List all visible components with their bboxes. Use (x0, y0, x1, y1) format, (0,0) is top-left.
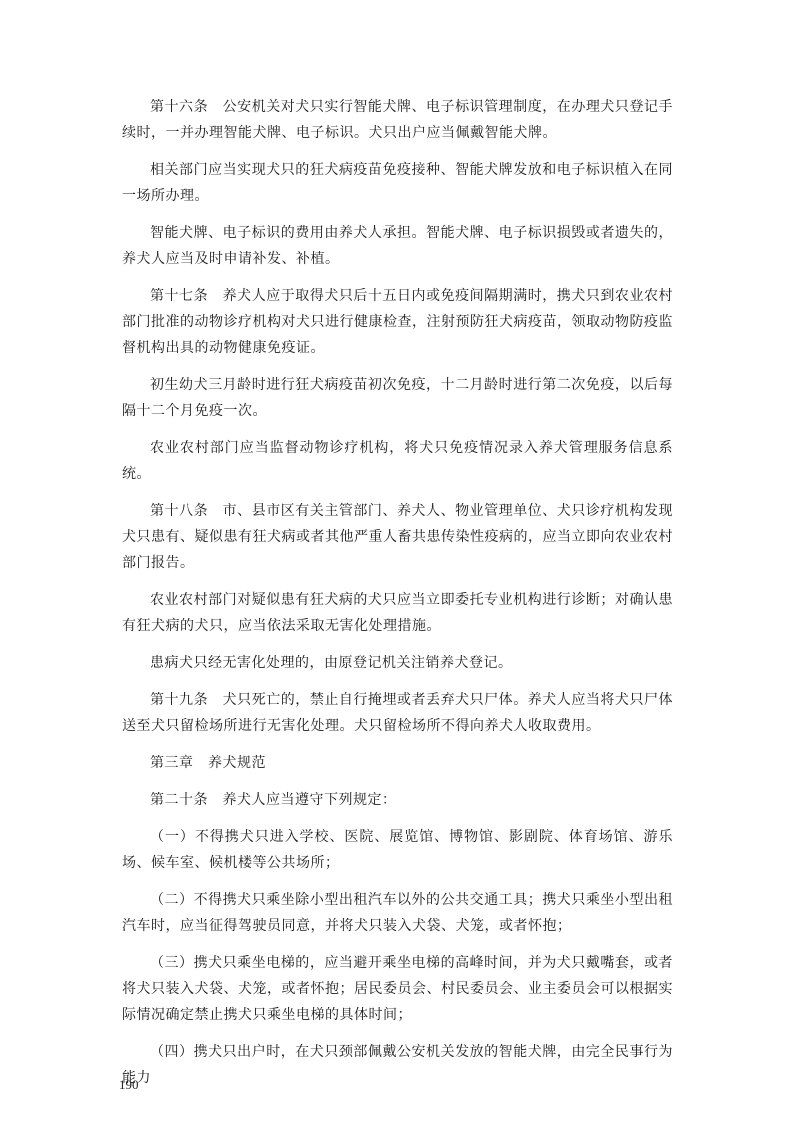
paragraph-article-17: 第十七条 养犬人应于取得犬只后十五日内或免疫间隔期满时，携犬只到农业农村部门批准… (122, 284, 673, 362)
paragraph: 智能犬牌、电子标识的费用由养犬人承担。智能犬牌、电子标识损毁或者遗失的，养犬人应… (122, 221, 673, 273)
page-number: 190 (119, 1077, 139, 1093)
document-content: 第十六条 公安机关对犬只实行智能犬牌、电子标识管理制度，在办理犬只登记手续时，一… (122, 95, 673, 1103)
paragraph: 农业农村部门应当监督动物诊疗机构，将犬只免疫情况录入养犬管理服务信息系统。 (122, 436, 673, 488)
list-item-3: （三）携犬只乘坐电梯的，应当避开乘坐电梯的高峰时间，并为犬只戴嘴套，或者将犬只装… (122, 951, 673, 1029)
paragraph-article-19: 第十九条 犬只死亡的，禁止自行掩埋或者丢弃犬只尸体。养犬人应当将犬只尸体送至犬只… (122, 688, 673, 740)
paragraph-article-20: 第二十条 养犬人应当遵守下列规定： (122, 788, 673, 814)
list-item-4: （四）携犬只出户时，在犬只颈部佩戴公安机关发放的智能犬牌，由完全民事行为能力 (122, 1040, 673, 1092)
list-item-2: （二）不得携犬只乘坐除小型出租汽车以外的公共交通工具；携犬只乘坐小型出租汽车时，… (122, 888, 673, 940)
paragraph: 农业农村部门对疑似患有狂犬病的犬只应当立即委托专业机构进行诊断；对确认患有狂犬病… (122, 588, 673, 640)
paragraph: 相关部门应当实现犬只的狂犬病疫苗免疫接种、智能犬牌发放和电子标识植入在同一场所办… (122, 158, 673, 210)
paragraph-article-18: 第十八条 市、县市区有关主管部门、养犬人、物业管理单位、犬只诊疗机构发现犬只患有… (122, 499, 673, 577)
paragraph: 患病犬只经无害化处理的，由原登记机关注销养犬登记。 (122, 651, 673, 677)
list-item-1: （一）不得携犬只进入学校、医院、展览馆、博物馆、影剧院、体育场馆、游乐场、候车室… (122, 825, 673, 877)
paragraph: 初生幼犬三月龄时进行狂犬病疫苗初次免疫，十二月龄时进行第二次免疫，以后每隔十二个… (122, 373, 673, 425)
document-page: 第十六条 公安机关对犬只实行智能犬牌、电子标识管理制度，在办理犬只登记手续时，一… (0, 0, 793, 1122)
paragraph-article-16: 第十六条 公安机关对犬只实行智能犬牌、电子标识管理制度，在办理犬只登记手续时，一… (122, 95, 673, 147)
chapter-heading: 第三章 养犬规范 (122, 751, 673, 777)
